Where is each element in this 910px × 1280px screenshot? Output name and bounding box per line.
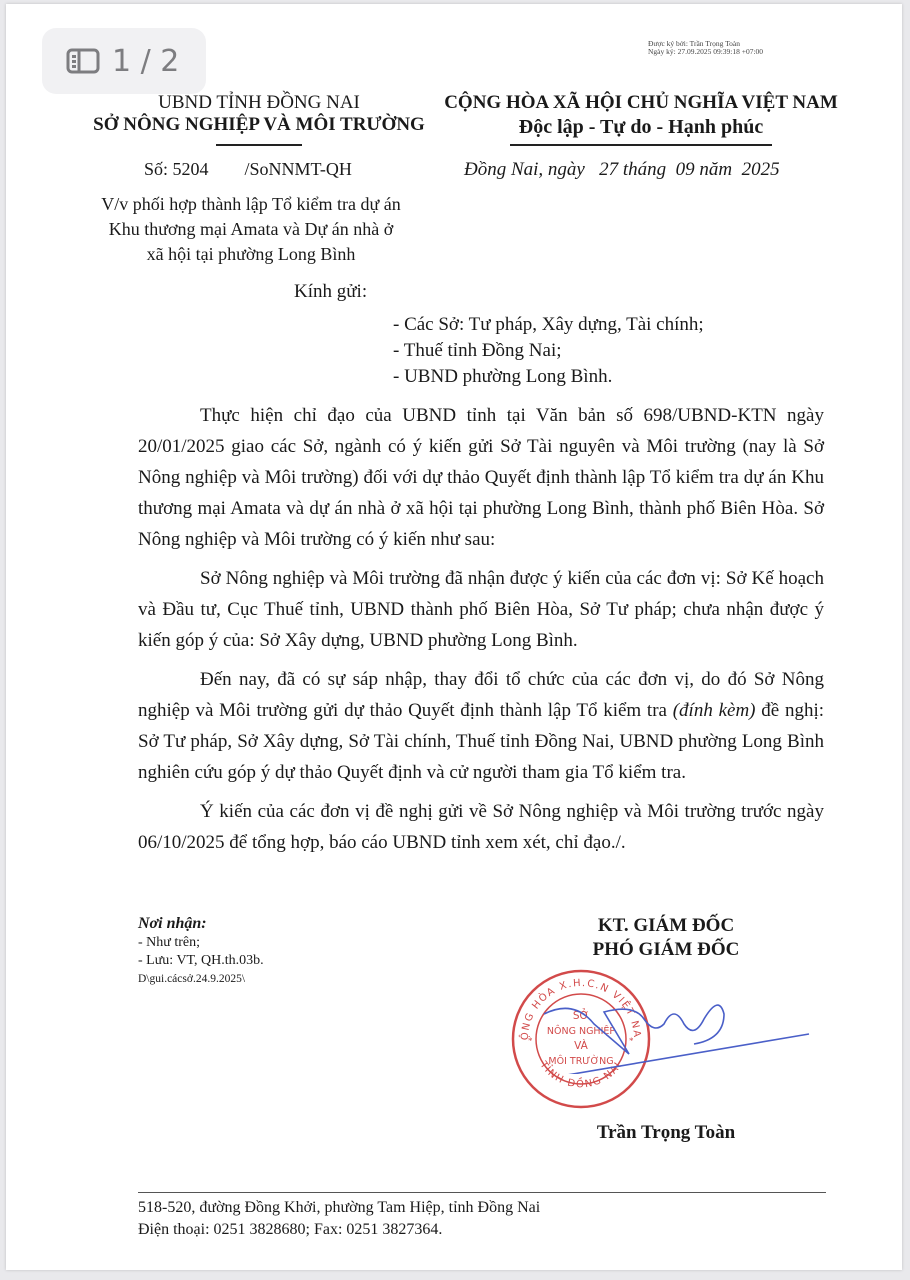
recipient-item: - Thuế tỉnh Đồng Nai; bbox=[393, 338, 704, 364]
distribution-title: Nơi nhận: bbox=[138, 914, 264, 934]
document-page: Được ký bởi: Trần Trọng Toàn Ngày ký: 27… bbox=[6, 4, 902, 1270]
document-number-label: Số: 5204 bbox=[144, 159, 209, 179]
body-paragraph: Thực hiện chỉ đạo của UBND tỉnh tại Văn … bbox=[138, 400, 824, 555]
signature-title: KT. GIÁM ĐỐC PHÓ GIÁM ĐỐC bbox=[546, 914, 786, 962]
issuing-agency: UBND TỈNH ĐỒNG NAI SỞ NÔNG NGHIỆP VÀ MÔI… bbox=[76, 92, 442, 146]
subject-line: V/v phối hợp thành lập Tổ kiểm tra dự án bbox=[86, 192, 416, 217]
body-paragraph: Ý kiến của các đơn vị đề nghị gửi về Sở … bbox=[138, 796, 824, 858]
signed-date: Ngày ký: 27.09.2025 09:39:18 +07:00 bbox=[648, 48, 763, 56]
motto-underline bbox=[510, 144, 772, 146]
document-subject: V/v phối hợp thành lập Tổ kiểm tra dự án… bbox=[86, 192, 416, 267]
footer-phone-fax: Điện thoại: 0251 3828680; Fax: 0251 3827… bbox=[138, 1219, 540, 1241]
digital-signature-info: Được ký bởi: Trần Trọng Toàn Ngày ký: 27… bbox=[648, 40, 763, 56]
agency-parent: UBND TỈNH ĐỒNG NAI bbox=[76, 92, 442, 114]
recipient-item: - Các Sở: Tư pháp, Xây dựng, Tài chính; bbox=[393, 312, 704, 338]
agency-name: SỞ NÔNG NGHIỆP VÀ MÔI TRƯỜNG bbox=[76, 114, 442, 136]
agency-underline bbox=[216, 144, 302, 146]
footer-divider bbox=[138, 1192, 826, 1193]
salutation: Kính gửi: bbox=[294, 281, 367, 303]
national-title: CỘNG HÒA XÃ HỘI CHỦ NGHĨA VIỆT NAM bbox=[426, 92, 856, 114]
national-header: CỘNG HÒA XÃ HỘI CHỦ NGHĨA VIỆT NAM Độc l… bbox=[426, 92, 856, 146]
recipient-item: - UBND phường Long Bình. bbox=[393, 364, 704, 390]
subject-line: Khu thương mại Amata và Dự án nhà ở bbox=[86, 217, 416, 242]
footer-contact: 518-520, đường Đồng Khởi, phường Tam Hiệ… bbox=[138, 1197, 540, 1241]
document-number-suffix: /SoNNMT-QH bbox=[245, 159, 352, 179]
document-number: Số: 5204/SoNNMT-QH bbox=[144, 159, 352, 180]
body-paragraph: Đến nay, đã có sự sáp nhập, thay đổi tổ … bbox=[138, 664, 824, 788]
paragraph-italic-text: (đính kèm) bbox=[673, 700, 756, 721]
document-body: Thực hiện chỉ đạo của UBND tỉnh tại Văn … bbox=[138, 400, 824, 866]
recipient-list: - Các Sở: Tư pháp, Xây dựng, Tài chính; … bbox=[393, 312, 704, 390]
distribution-item: - Lưu: VT, QH.th.03b. bbox=[138, 952, 264, 970]
handwritten-signature-icon bbox=[514, 984, 814, 1074]
footer-address: 518-520, đường Đồng Khởi, phường Tam Hiệ… bbox=[138, 1197, 540, 1219]
signer-name: Trần Trọng Toàn bbox=[546, 1122, 786, 1144]
file-path: D\gui.cácsở.24.9.2025\ bbox=[138, 970, 264, 988]
distribution-list: Nơi nhận: - Như trên; - Lưu: VT, QH.th.0… bbox=[138, 914, 264, 988]
page-indicator-button[interactable]: 1 / 2 bbox=[42, 28, 206, 94]
sidebar-pages-icon bbox=[66, 48, 100, 74]
distribution-item: - Như trên; bbox=[138, 934, 264, 952]
body-paragraph: Sở Nông nghiệp và Môi trường đã nhận đượ… bbox=[138, 563, 824, 656]
subject-line: xã hội tại phường Long Bình bbox=[86, 242, 416, 267]
document-date: Đồng Nai, ngày 27 tháng 09 năm 2025 bbox=[464, 159, 780, 181]
signature-title-line: PHÓ GIÁM ĐỐC bbox=[546, 938, 786, 962]
national-motto: Độc lập - Tự do - Hạnh phúc bbox=[426, 114, 856, 140]
signature-title-line: KT. GIÁM ĐỐC bbox=[546, 914, 786, 938]
page-indicator-text: 1 / 2 bbox=[112, 44, 179, 79]
